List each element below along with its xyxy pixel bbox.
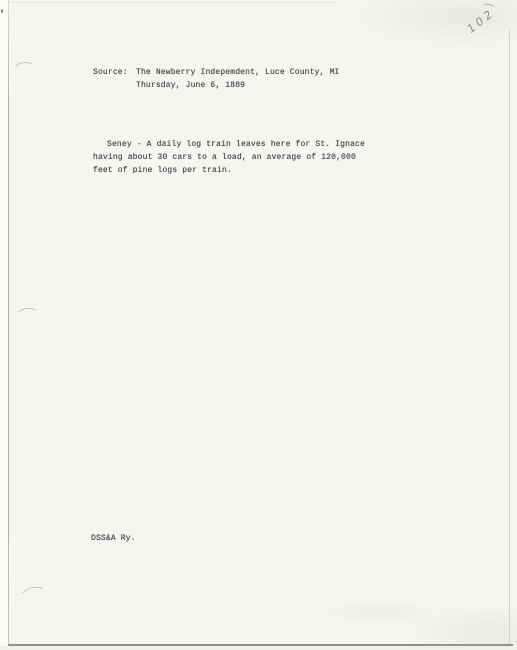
scan-speck: [1, 9, 3, 13]
source-date: Thursday, June 6, 1889: [136, 79, 245, 92]
page-top-edge: [8, 2, 338, 3]
handwritten-page-number: 102: [465, 6, 498, 36]
scan-shading-bottom-middle: [300, 595, 460, 630]
punch-hole-mark-middle: [14, 307, 41, 327]
punch-hole-mark-top: [12, 61, 37, 81]
source-label: Source:: [93, 66, 128, 79]
scan-margin-bottom: [0, 646, 517, 650]
body-line-1: Seney - A daily log train leaves here fo…: [107, 138, 365, 151]
page-left-edge: [8, 0, 9, 646]
source-publication: The Newberry Indepemdent, Luce County, M…: [136, 66, 339, 79]
scanned-page: 102 Source: The Newberry Indepemdent, Lu…: [0, 0, 517, 650]
body-line-2: having about 30 cars to a load, an avera…: [93, 151, 356, 164]
scan-margin-left: [0, 0, 8, 650]
railroad-abbreviation: DSS&A Ry.: [91, 532, 136, 545]
punch-hole-mark-bottom: [18, 584, 49, 607]
scan-shading-bottom-right: [380, 590, 517, 650]
body-line-3: feet of pine logs per train.: [93, 164, 232, 177]
page-right-edge: [509, 30, 510, 644]
